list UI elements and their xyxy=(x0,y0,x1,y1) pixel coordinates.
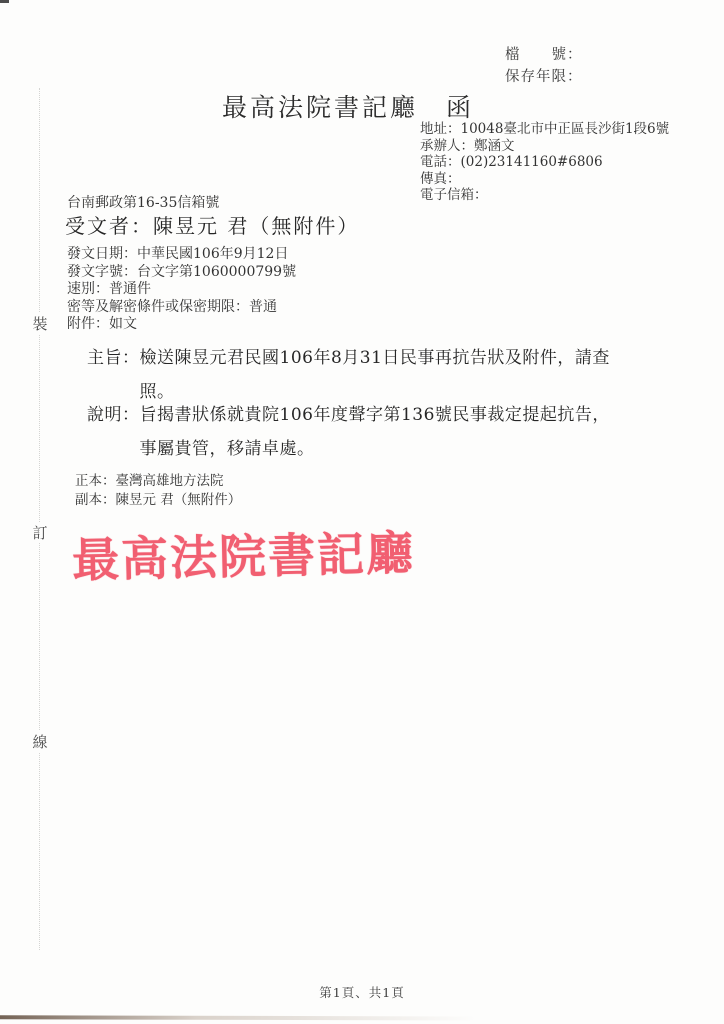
scanned-official-letter: 檔 號： 保存年限： 最高法院書記廳 函 地址：10048臺北市中正區長沙街1段… xyxy=(0,0,724,1024)
original-copy-recipient: 正本：臺灣高雄地方法院 xyxy=(75,472,241,491)
sender-phone: 電話：(02)23141160#6806 xyxy=(420,154,669,171)
page-number-indicator: 第1頁、共1頁 xyxy=(0,983,724,1001)
sender-email: 電子信箱： xyxy=(420,187,669,204)
issue-date: 發文日期：中華民國106年9月12日 xyxy=(67,246,296,264)
document-meta-block: 發文日期：中華民國106年9月12日 發文字號：台文字第1060000799號 … xyxy=(67,246,296,334)
retention-period-label: 保存年限： xyxy=(505,66,583,88)
sender-fax: 傳真： xyxy=(420,171,669,188)
delivery-speed: 速別：普通件 xyxy=(67,281,296,299)
file-number-label: 檔 號： xyxy=(505,44,583,66)
duplicate-copy-recipient: 副本：陳昱元 君（無附件） xyxy=(75,491,241,510)
attachment-note: 附件：如文 xyxy=(67,316,296,334)
scan-artifact-top-left xyxy=(0,0,9,3)
scan-artifact-bottom-strip xyxy=(0,1015,560,1020)
binding-mark-ding: 訂 xyxy=(31,522,49,543)
document-title: 最高法院書記廳 函 xyxy=(222,88,474,124)
document-number: 發文字號：台文字第1060000799號 xyxy=(67,264,296,282)
sender-address: 地址：10048臺北市中正區長沙街1段6號 xyxy=(420,121,669,138)
red-office-stamp: 最高法院書記廳 xyxy=(71,516,415,590)
description-line-1: 旨揭書狀係就貴院106年度聲字第136號民事裁定提起抗告， xyxy=(140,405,610,425)
security-classification: 密等及解密條件或保密期限：普通 xyxy=(67,299,296,317)
description-line-2: 事屬貴管，移請卓處。 xyxy=(140,439,315,459)
binding-dotted-line xyxy=(39,88,40,950)
subject-line-1: 檢送陳昱元君民國106年8月31日民事再抗告狀及附件，請查 xyxy=(140,348,610,368)
description-label: 說明： xyxy=(87,398,140,466)
recipient-line: 受文者：陳昱元 君（無附件） xyxy=(65,210,359,239)
description-text: 旨揭書狀係就貴院106年度聲字第136號民事裁定提起抗告，事屬貴管，移請卓處。 xyxy=(140,398,610,466)
sender-handler: 承辦人：鄭涵文 xyxy=(420,138,669,155)
recipient-po-box: 台南郵政第16-35信箱號 xyxy=(67,192,219,212)
binding-mark-xian: 線 xyxy=(31,731,49,752)
sender-contact-block: 地址：10048臺北市中正區長沙街1段6號 承辦人：鄭涵文 電話：(02)231… xyxy=(420,121,669,204)
binding-mark-zhuang: 裝 xyxy=(31,313,49,334)
description-paragraph: 說明： 旨揭書狀係就貴院106年度聲字第136號民事裁定提起抗告，事屬貴管，移請… xyxy=(87,398,610,466)
copies-block: 正本：臺灣高雄地方法院 副本：陳昱元 君（無附件） xyxy=(75,472,241,510)
file-number-block: 檔 號： 保存年限： xyxy=(505,44,583,88)
